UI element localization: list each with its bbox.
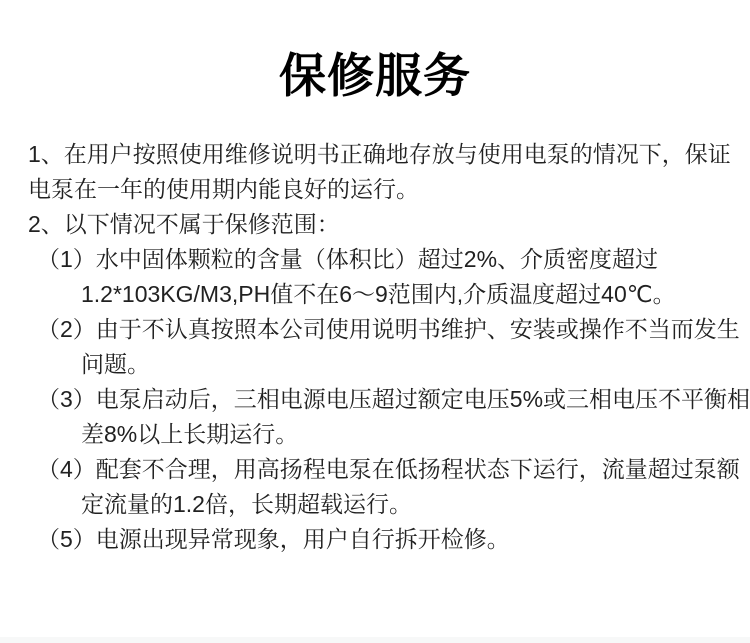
- subclause-1-line-1: （1）水中固体颗粒的含量（体积比）超过2%、介质密度超过: [0, 242, 750, 277]
- clause-1-line-2: 电泵在一年的使用期内能良好的运行。: [0, 172, 750, 207]
- subclause-2-line-1: （2）由于不认真按照本公司使用说明书维护、安装或操作不当而发生: [0, 312, 750, 347]
- subclause-1-line-2: 1.2*103KG/M3,PH值不在6～9范围内,介质温度超过40℃。: [0, 277, 750, 312]
- subclause-3-line-2: 差8%以上长期运行。: [0, 417, 750, 452]
- subclause-2-line-2: 问题。: [0, 347, 750, 382]
- subclause-5-line-1: （5）电源出现异常现象，用户自行拆开检修。: [0, 522, 750, 557]
- page-bottom-strip: [0, 637, 750, 643]
- subclause-3-line-1: （3）电泵启动后，三相电源电压超过额定电压5%或三相电压不平衡相: [0, 382, 750, 417]
- warranty-page: 保修服务 1、在用户按照使用维修说明书正确地存放与使用电泵的情况下，保证 电泵在…: [0, 0, 750, 643]
- clause-2-line-1: 2、以下情况不属于保修范围：: [0, 207, 750, 242]
- clause-1-line-1: 1、在用户按照使用维修说明书正确地存放与使用电泵的情况下，保证: [0, 137, 750, 172]
- page-title: 保修服务: [0, 0, 750, 102]
- warranty-terms: 1、在用户按照使用维修说明书正确地存放与使用电泵的情况下，保证 电泵在一年的使用…: [0, 137, 750, 557]
- subclause-4-line-2: 定流量的1.2倍，长期超载运行。: [0, 487, 750, 522]
- subclause-4-line-1: （4）配套不合理，用高扬程电泵在低扬程状态下运行，流量超过泵额: [0, 452, 750, 487]
